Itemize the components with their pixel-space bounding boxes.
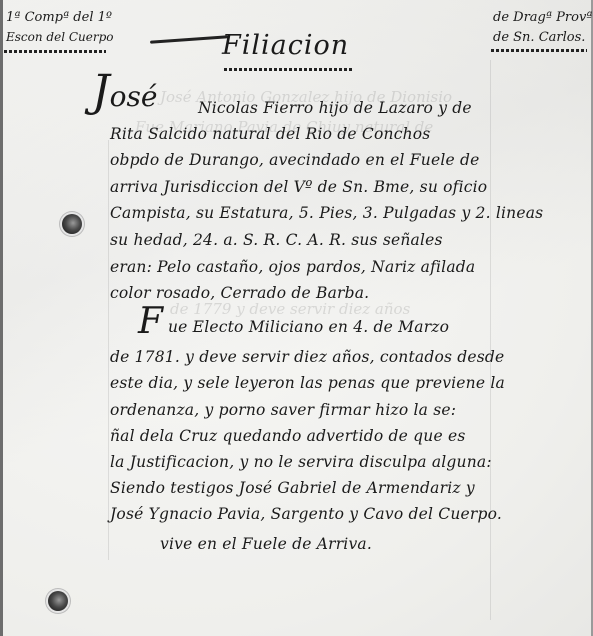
page-left-edge bbox=[0, 0, 3, 636]
margin-rule-right bbox=[490, 60, 491, 620]
title-underline bbox=[224, 68, 354, 71]
header-squadron: Escon del Cuerpo bbox=[6, 30, 114, 45]
text-line: ordenanza, y porno saver firmar hizo la … bbox=[110, 401, 456, 419]
text-line: ue Electo Miliciano en 4. de Marzo bbox=[168, 318, 449, 336]
header-regiment: de Dragª Provª bbox=[493, 10, 592, 25]
text-line: este dia, y sele leyeron las penas que p… bbox=[110, 374, 505, 392]
header-location: de Sn. Carlos. bbox=[493, 30, 585, 45]
text-line: arriva Jurisdiccion del Vº de Sn. Bme, s… bbox=[110, 178, 487, 196]
text-line: vive en el Fuele de Arriva. bbox=[160, 535, 372, 553]
binding-hole bbox=[48, 591, 68, 611]
header-underline bbox=[491, 49, 587, 52]
text-line: Rita Salcido natural del Rio de Conchos bbox=[110, 125, 430, 143]
header-company: 1ª Compª del 1º bbox=[6, 10, 112, 25]
text-line: ñal dela Cruz quedando advertido de que … bbox=[110, 427, 466, 445]
margin-rule-left bbox=[108, 140, 109, 560]
text-line: obpdo de Durango, avecindado en el Fuele… bbox=[110, 151, 479, 169]
text-line: Campista, su Estatura, 5. Pies, 3. Pulga… bbox=[110, 204, 543, 222]
text-line: la Justificacion, y no le servira discul… bbox=[110, 453, 492, 471]
text-line: de 1781. y deve servir diez años, contad… bbox=[110, 348, 504, 366]
text-line: José Ygnacio Pavia, Sargento y Cavo del … bbox=[110, 505, 502, 523]
title-flourish bbox=[150, 35, 228, 43]
binding-hole bbox=[62, 214, 82, 234]
initial-rest: osé bbox=[110, 80, 158, 113]
text-line: eran: Pelo castaño, ojos pardos, Nariz a… bbox=[110, 258, 475, 276]
page-title: Filiacion bbox=[222, 30, 349, 61]
text-line: Nicolas Fierro hijo de Lazaro y de bbox=[198, 99, 472, 117]
header-underline bbox=[4, 50, 106, 53]
decorated-initial: F bbox=[138, 300, 163, 344]
bleed-through-text: de 1779 y deve servir diez años bbox=[170, 300, 410, 318]
initial-letter: J bbox=[92, 66, 110, 117]
text-line: su hedad, 24. a. S. R. C. A. R. sus seña… bbox=[110, 231, 443, 249]
decorated-initial: José bbox=[92, 70, 157, 119]
document-page: José Antonio Gonzalez hijo de Dionisio F… bbox=[0, 0, 593, 636]
text-line: Siendo testigos José Gabriel de Armendar… bbox=[110, 479, 475, 497]
